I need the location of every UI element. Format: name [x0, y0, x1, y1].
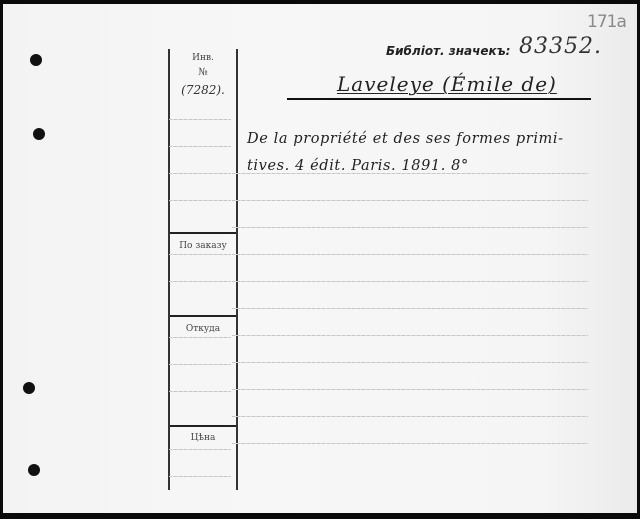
ruled-line [169, 173, 231, 174]
punch-hole-icon [23, 382, 35, 394]
punch-hole-icon [28, 464, 40, 476]
ruled-line [169, 254, 231, 255]
ruled-line [232, 416, 588, 417]
inventory-label: Инв. [170, 53, 236, 63]
ruled-line [232, 335, 588, 336]
inventory-number: (7282). [170, 83, 236, 97]
ruled-line [232, 443, 588, 444]
ruled-line [232, 227, 588, 228]
ruled-line [169, 119, 231, 120]
section-divider [170, 232, 236, 234]
punch-hole-icon [33, 128, 45, 140]
call-number: 83352. [519, 34, 602, 59]
ruled-line [169, 200, 231, 201]
left-column: Инв. № (7282). По заказу Откуда Цѣна [168, 49, 238, 490]
section-divider [170, 425, 236, 427]
call-number-label: Библіот. значекъ: [386, 44, 510, 58]
source-label: Откуда [170, 324, 236, 334]
ruled-line [232, 362, 588, 363]
price-label: Цѣна [170, 433, 236, 443]
ruled-line [169, 449, 231, 450]
ruled-line [169, 476, 231, 477]
ruled-line [169, 281, 231, 282]
ruled-line [232, 200, 588, 201]
ruled-line [232, 308, 588, 309]
author-rule [287, 98, 591, 100]
number-sign-label: № [170, 67, 236, 78]
corner-mark: 171a [587, 12, 626, 32]
ruled-line [232, 254, 588, 255]
ruled-line [232, 281, 588, 282]
order-label: По заказу [170, 241, 236, 251]
section-divider [170, 315, 236, 317]
title-line-1: De la propriété et des ses formes primi- [247, 131, 564, 147]
ruled-line [169, 146, 231, 147]
ruled-line [232, 389, 588, 390]
title-line-2: tives. 4 édit. Paris. 1891. 8° [247, 158, 469, 174]
punch-hole-icon [30, 54, 42, 66]
ruled-line [169, 364, 231, 365]
author-name: Laveleye (Émile de) [337, 72, 557, 96]
ruled-line [169, 391, 231, 392]
ruled-line [169, 337, 231, 338]
catalog-card: 171a Библіот. значекъ: 83352. Laveleye (… [3, 4, 637, 513]
